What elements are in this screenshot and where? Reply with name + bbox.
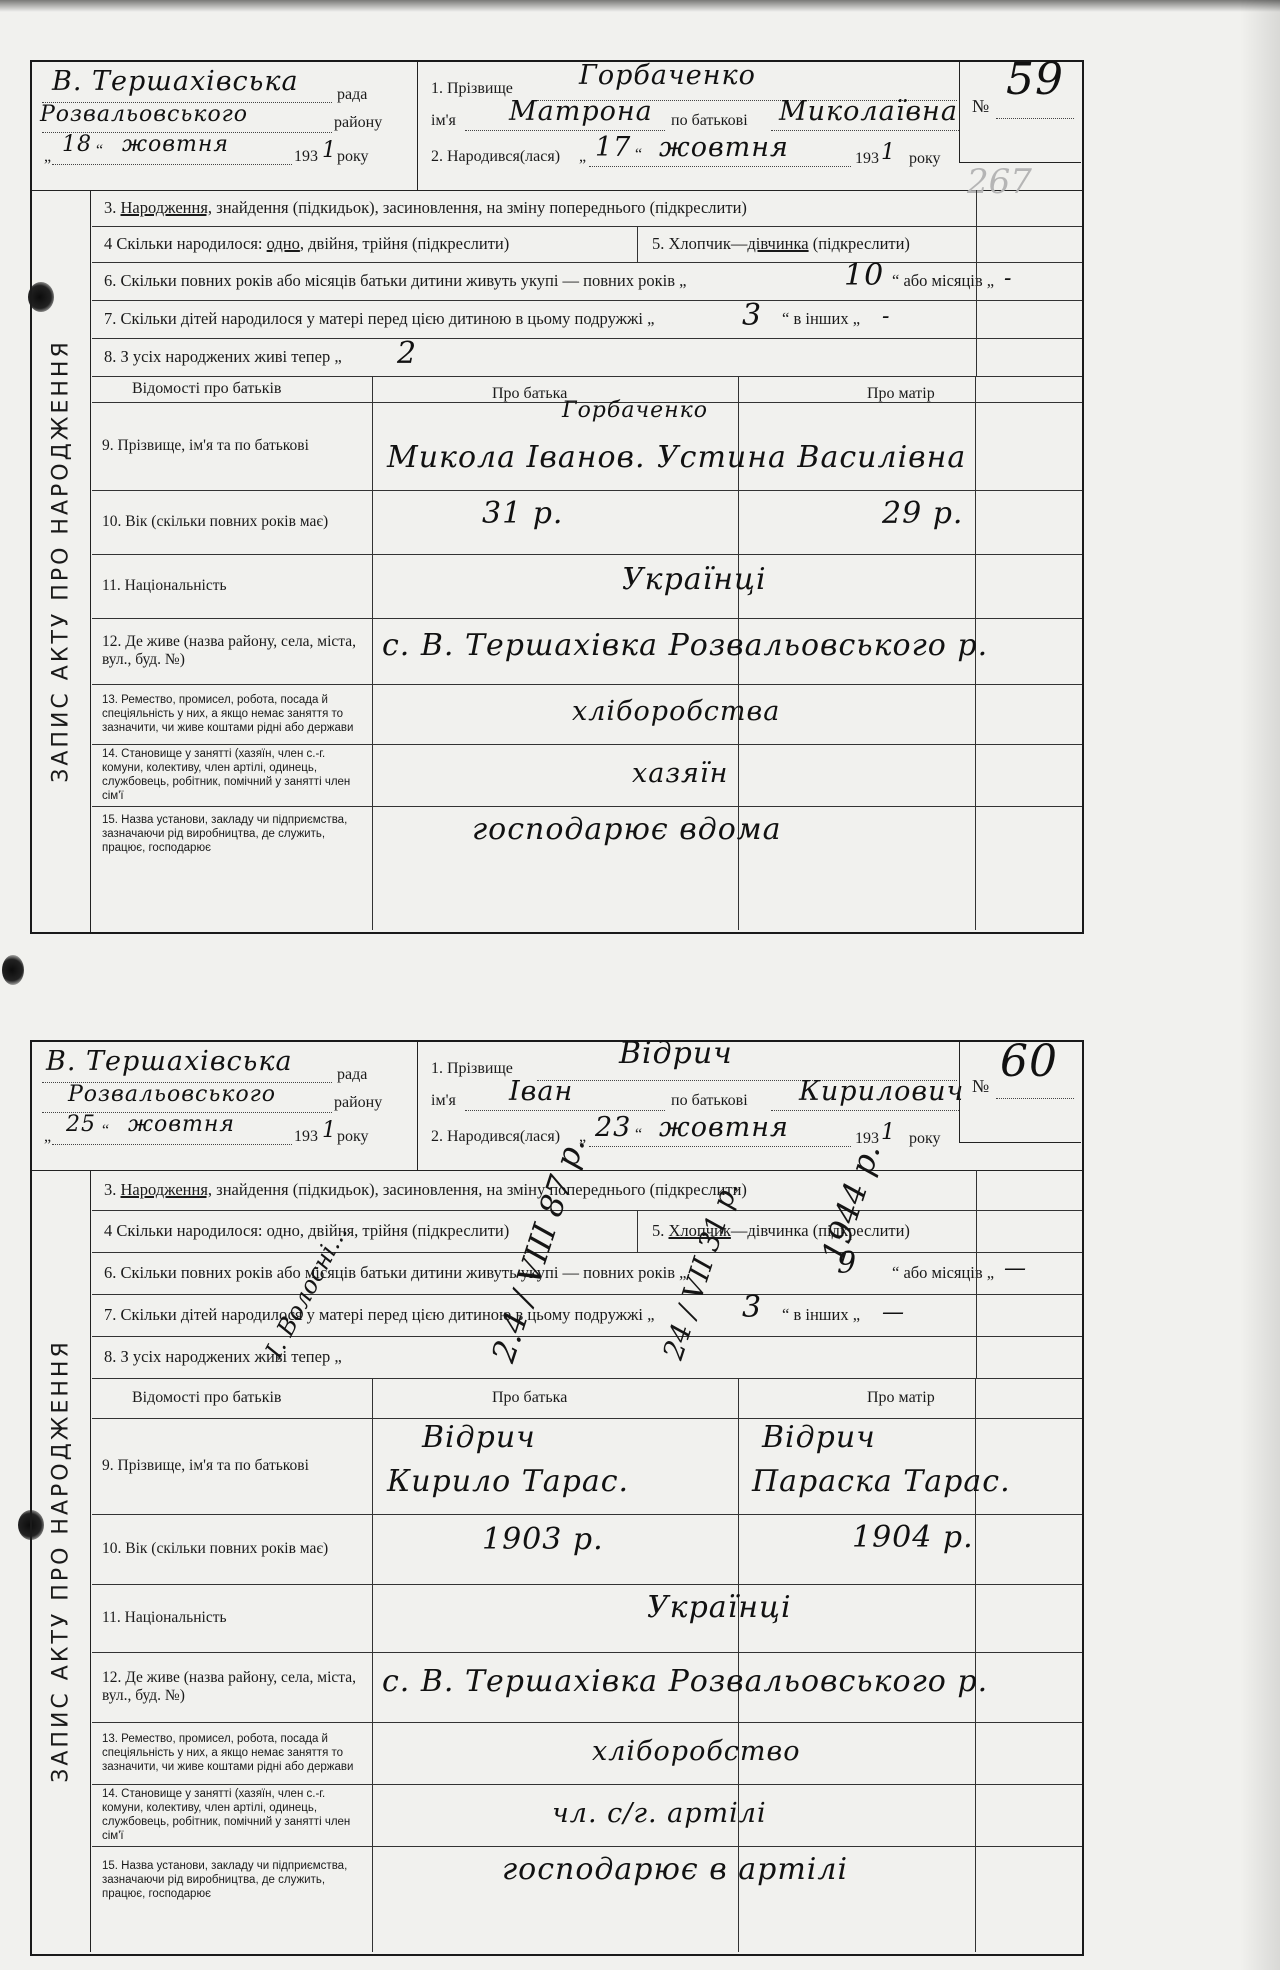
- page-edge-shadow: [1240, 0, 1280, 1970]
- record-number: 60: [1000, 1036, 1058, 1087]
- about-mother-header: Про матір: [867, 385, 935, 403]
- row-14-status: 14. Становище у занятті (хазяїн, член с.…: [92, 1784, 1082, 1847]
- nationality: Українці: [622, 562, 767, 597]
- question-7-prior-children: 7. Скільки дітей народилося у матері пер…: [92, 300, 1082, 339]
- label-raionu: району: [334, 1094, 382, 1112]
- question-3-event-type: 3. Народження, знайдення (підкидьок), за…: [92, 190, 1082, 227]
- child-name: Іван: [509, 1076, 573, 1107]
- question-7-prior-children: 7. Скільки дітей народилося у матері пер…: [92, 1294, 1082, 1337]
- nationality: Українці: [647, 1590, 792, 1625]
- label-rada: рада: [337, 86, 367, 104]
- parents-header: Відомості про батьків: [132, 1389, 281, 1407]
- birth-month: жовтня: [659, 132, 789, 163]
- prior-children-other: —: [882, 1300, 905, 1325]
- punch-hole-2: [2, 955, 24, 985]
- birth-year-digit: 1: [881, 1120, 896, 1145]
- form-side-title: ЗАПИС АКТУ ПРО НАРОДЖЕННЯ: [32, 190, 91, 932]
- question-6-years-together: 6. Скільки повних років або місяців бать…: [92, 1252, 1082, 1295]
- living-now: 2: [397, 336, 417, 371]
- registration-day: 18: [62, 132, 92, 157]
- label-birth-roku: року: [909, 1130, 941, 1148]
- birth-year-digit: 1: [881, 140, 896, 165]
- question-8-living-now: 8. З усіх народжених живі тепер „ 2: [92, 338, 1082, 377]
- mother-age: 29 р.: [882, 496, 963, 531]
- row-13-occupation: 13. Ремество, промисел, робота, посада й…: [92, 1722, 1082, 1785]
- about-father-header: Про батька: [492, 1389, 567, 1407]
- mother-surname: Відрич: [762, 1420, 876, 1455]
- underlined-girl: дівчинка: [747, 234, 808, 253]
- question-8-living-now: 8. З усіх народжених живі тепер „: [92, 1336, 1082, 1379]
- years-together: 10: [844, 258, 884, 293]
- child-surname: Горбаченко: [579, 60, 756, 91]
- label-rada: рада: [337, 1066, 367, 1084]
- row-15-workplace: 15. Назва установи, закладу чи підприємс…: [92, 806, 1082, 930]
- row-10-age: 10. Вік (скільки повних років має) 1903 …: [92, 1514, 1082, 1585]
- village-council: В. Тершахівська: [52, 66, 299, 97]
- village-council: В. Тершахівська: [46, 1046, 293, 1077]
- district: Розвальовського: [68, 1082, 276, 1107]
- occupation-status: чл. с/г. артілі: [552, 1798, 767, 1829]
- underlined-one: одно: [267, 234, 300, 253]
- label-surname: 1. Прізвище: [431, 80, 513, 98]
- record-number-box: № 60: [959, 1042, 1081, 1143]
- label-patronymic: по батькові: [671, 112, 748, 130]
- workplace: господарює в артілі: [502, 1852, 848, 1887]
- father-age: 31 р.: [482, 496, 563, 531]
- birth-record-59: В. Тершахівська рада Розвальовського рай…: [30, 60, 1084, 934]
- mother-name: Устина Василівна: [657, 440, 966, 475]
- registry-office-block: В. Тершахівська рада Розвальовського рай…: [32, 62, 418, 190]
- underlined-birth: Народження,: [121, 1180, 213, 1199]
- record-header: В. Тершахівська рада Розвальовського рай…: [32, 62, 1082, 191]
- child-surname: Відрич: [619, 1036, 733, 1071]
- parents-header: Відомості про батьків: [132, 380, 281, 398]
- birth-day: 23: [595, 1112, 631, 1143]
- question-6-years-together: 6. Скільки повних років або місяців бать…: [92, 262, 1082, 301]
- row-9-names: 9. Прізвище, ім'я та по батькові Горбаче…: [92, 402, 1082, 491]
- row-9-names: 9. Прізвище, ім'я та по батькові Відрич …: [92, 1418, 1082, 1515]
- row-12-residence: 12. Де живе (назва району, села, міста, …: [92, 1652, 1082, 1723]
- row-14-status: 14. Становище у занятті (хазяїн, член с.…: [92, 744, 1082, 807]
- occupation-status: хазяїн: [632, 758, 728, 789]
- row-11-nationality: 11. Національність Українці: [92, 1584, 1082, 1653]
- father-age: 1903 р.: [482, 1522, 604, 1557]
- birth-day: 17: [595, 132, 631, 163]
- form-side-title: ЗАПИС АКТУ ПРО НАРОДЖЕННЯ: [32, 1170, 91, 1952]
- page-top-edge: [0, 0, 1280, 12]
- registration-year-digit: 1: [322, 1118, 337, 1143]
- father-surname: Відрич: [422, 1420, 536, 1455]
- record-number: 59: [1006, 54, 1064, 105]
- mother-age: 1904 р.: [852, 1520, 974, 1555]
- label-roku: року: [337, 148, 369, 166]
- registry-office-block: В. Тершахівська рада Розвальовського рай…: [32, 1042, 418, 1170]
- registration-month: жовтня: [122, 132, 229, 157]
- birth-record-60: В. Тершахівська рада Розвальовського рай…: [30, 1040, 1084, 1956]
- label-name: ім'я: [431, 1092, 456, 1110]
- label-year-prefix: 193: [294, 1128, 318, 1146]
- row-11-nationality: 11. Національність Українці: [92, 554, 1082, 619]
- question-3-event-type: 3. Народження, знайдення (підкидьок), за…: [92, 1170, 1082, 1211]
- birth-month: жовтня: [659, 1112, 789, 1143]
- registration-year-digit: 1: [322, 138, 337, 163]
- row-10-age: 10. Вік (скільки повних років має) 31 р.…: [92, 490, 1082, 555]
- label-surname: 1. Прізвище: [431, 1060, 513, 1078]
- about-father-header: Про батька: [492, 385, 567, 403]
- prior-children: 3: [742, 298, 762, 333]
- occupation: хліборобство: [592, 1736, 801, 1767]
- question-4-5: 4 Скільки народилося: одно, двійня, трій…: [92, 226, 1082, 263]
- parents-header-row: Відомості про батьків Про батька Про мат…: [92, 1378, 1082, 1419]
- child-patronymic: Миколаївна: [779, 96, 958, 127]
- label-name: ім'я: [431, 112, 456, 130]
- mother-name: Параска Тарас.: [752, 1464, 1011, 1499]
- residence: с. В. Тершахівка Розвальовського р.: [382, 628, 988, 663]
- about-mother-header: Про матір: [867, 1389, 935, 1407]
- question-4-5: 4 Скільки народилося: одно, двійня, трій…: [92, 1210, 1082, 1253]
- registration-month: жовтня: [128, 1112, 235, 1137]
- label-born: 2. Народився(лася): [431, 1128, 560, 1146]
- label-birth-year-prefix: 193: [855, 150, 879, 168]
- prior-children: 3: [742, 1290, 762, 1325]
- prior-children-other: -: [882, 304, 890, 329]
- label-year-prefix: 193: [294, 148, 318, 166]
- child-name: Матрона: [509, 96, 653, 127]
- record-number-box: № 59: [959, 62, 1081, 163]
- label-born: 2. Народився(лася): [431, 148, 560, 166]
- workplace: господарює вдома: [472, 812, 782, 847]
- label-number: №: [972, 96, 989, 117]
- label-birth-roku: року: [909, 150, 941, 168]
- child-patronymic: Кирилович: [799, 1076, 964, 1107]
- row-13-occupation: 13. Ремество, промисел, робота, посада й…: [92, 684, 1082, 745]
- residence: с. В. Тершахівка Розвальовського р.: [382, 1664, 988, 1699]
- registration-day: 25: [66, 1112, 96, 1137]
- father-name: Микола Іванов.: [387, 440, 646, 475]
- label-roku: року: [337, 1128, 369, 1146]
- label-patronymic: по батькові: [671, 1092, 748, 1110]
- row-12-residence: 12. Де живе (назва району, села, міста, …: [92, 618, 1082, 685]
- underlined-birth: Народження,: [121, 198, 213, 217]
- family-surname: Горбаченко: [562, 398, 708, 423]
- district: Розвальовського: [40, 102, 248, 127]
- label-number: №: [972, 1076, 989, 1097]
- occupation: хліборобства: [572, 696, 780, 727]
- father-name: Кирило Тарас.: [387, 1464, 629, 1499]
- row-15-workplace: 15. Назва установи, закладу чи підприємс…: [92, 1846, 1082, 1952]
- label-raionu: району: [334, 114, 382, 132]
- child-identity-block: 1. Прізвище Горбаченко ім'я Матрона по б…: [419, 62, 959, 190]
